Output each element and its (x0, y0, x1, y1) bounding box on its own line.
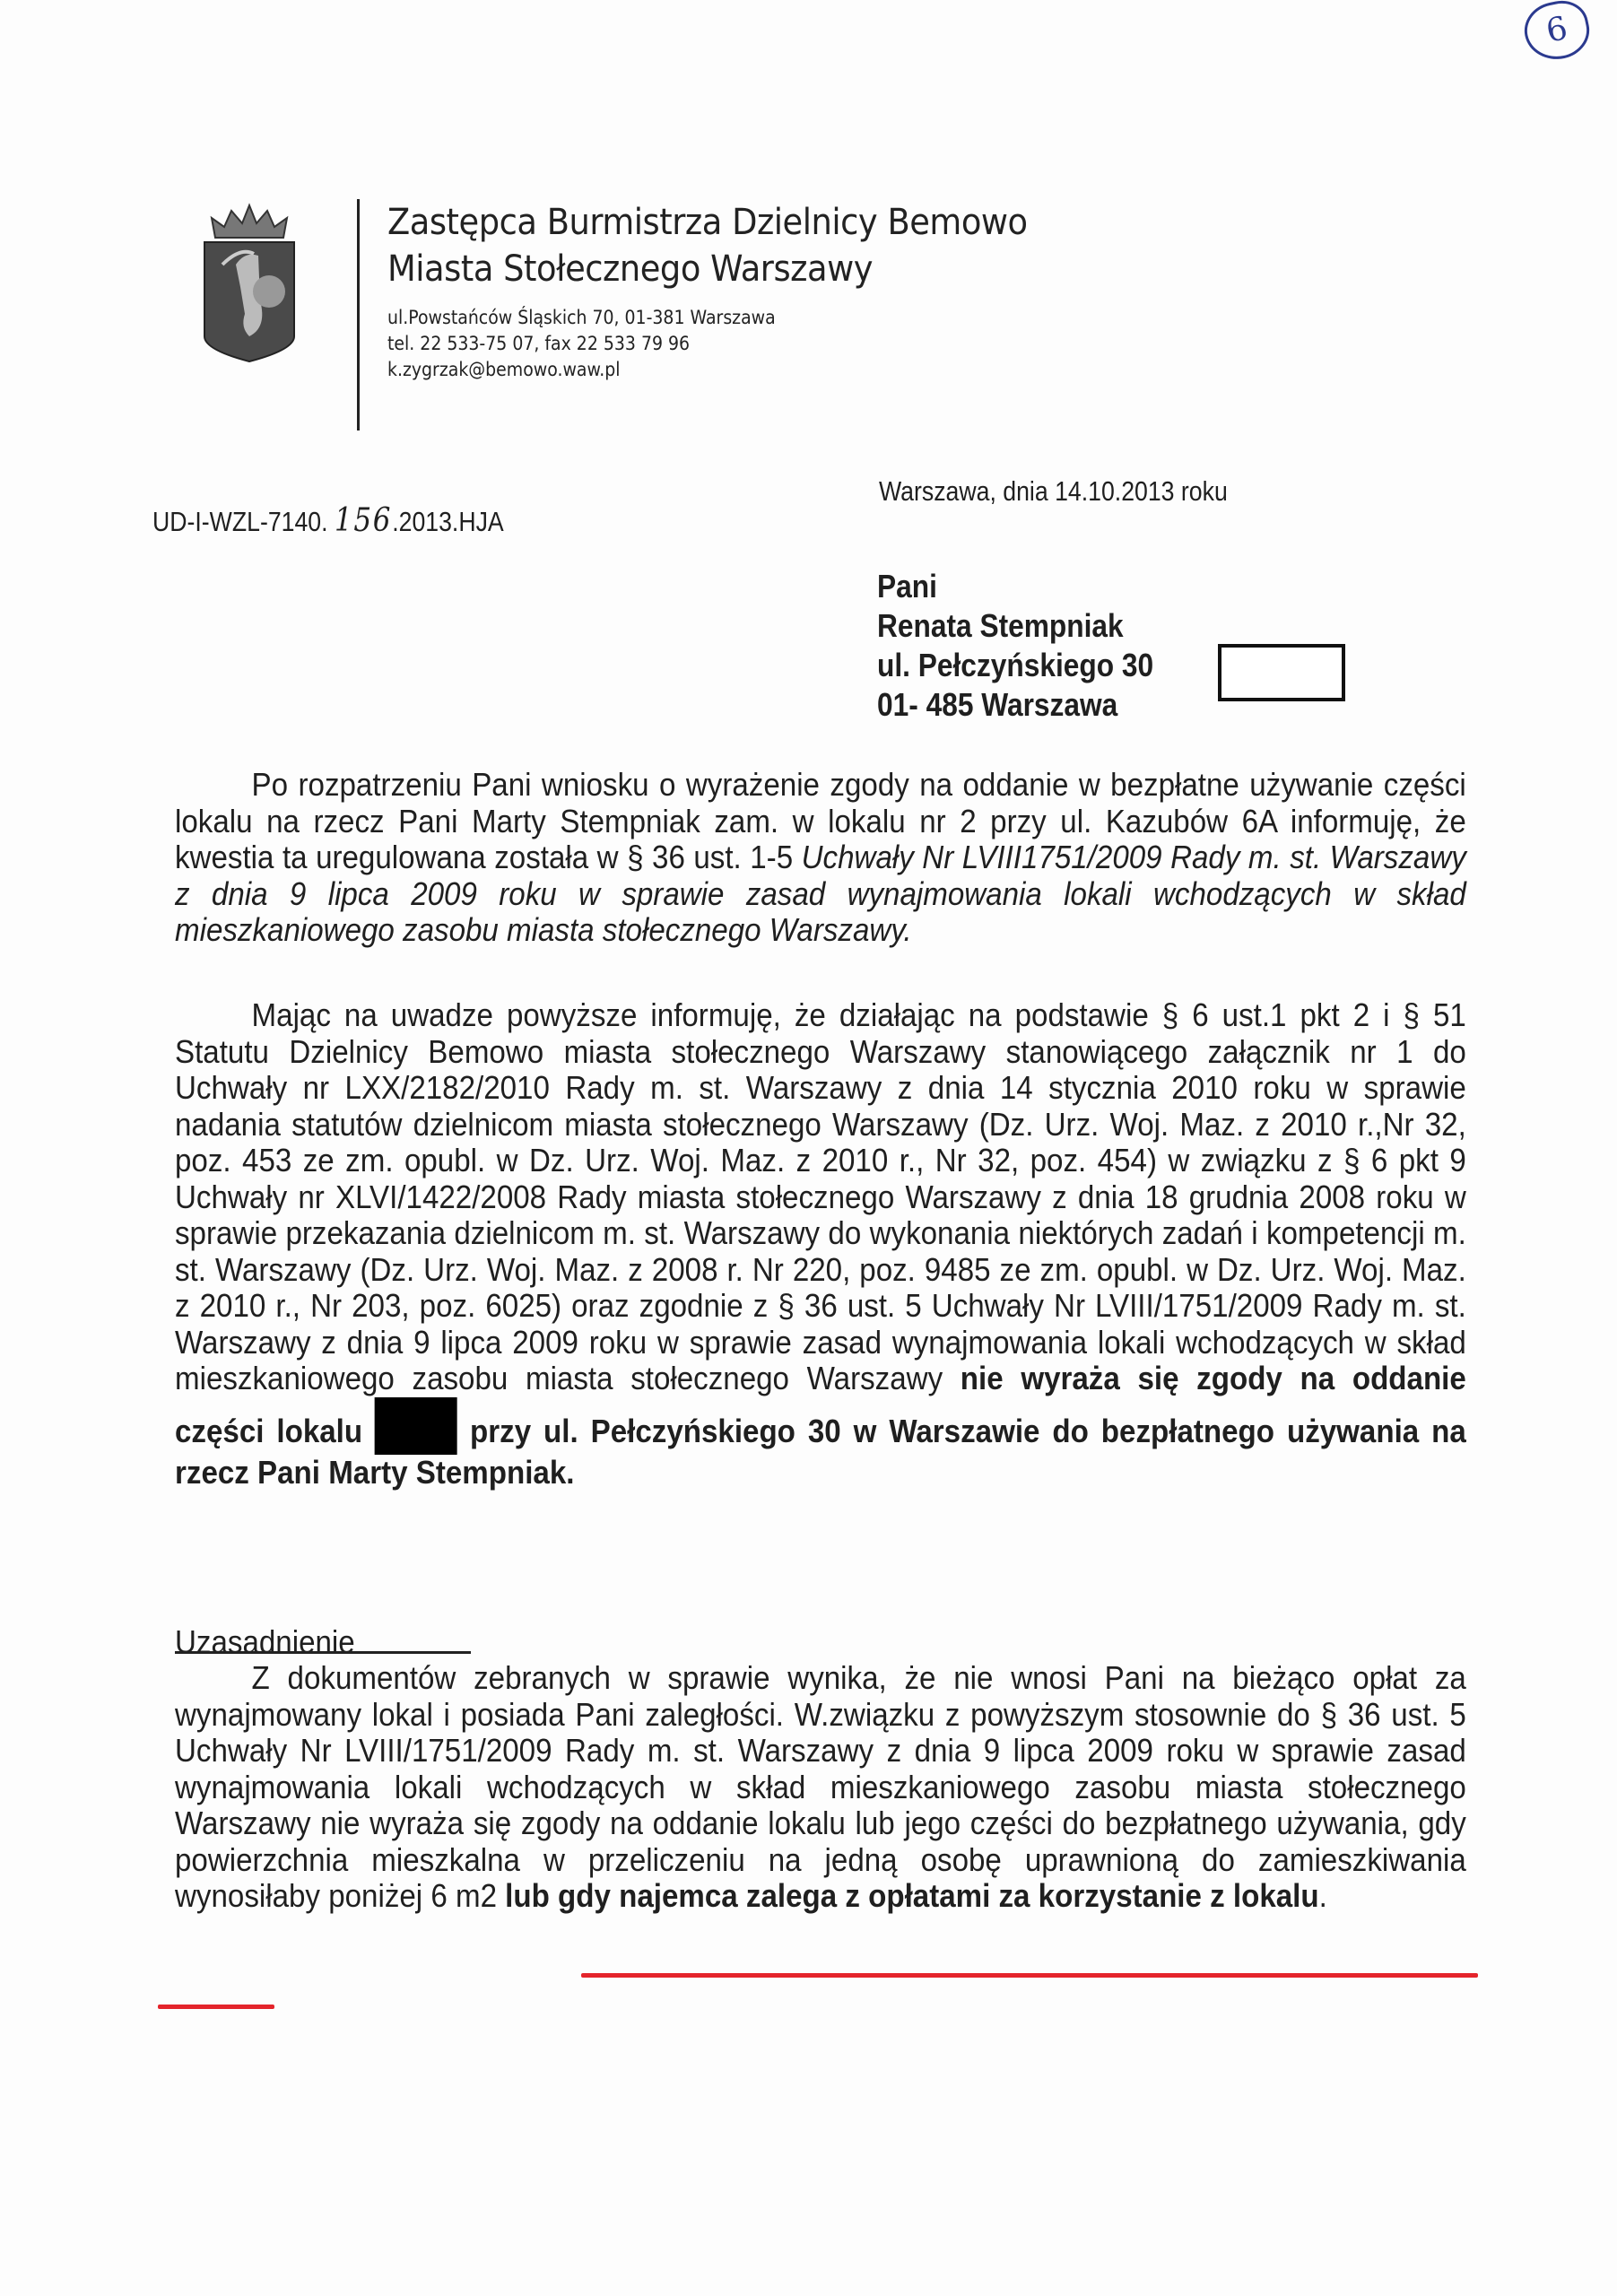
handwritten-page-number: 6 (1519, 0, 1595, 65)
letterhead: Zastępca Burmistrza Dzielnicy Bemowo Mia… (387, 199, 1083, 383)
justification-end: . (1319, 1877, 1327, 1914)
addressee-street: ul. Pełczyńskiego 30 (877, 646, 1153, 685)
addressee-name: Renata Stempniak (877, 606, 1153, 646)
paragraph2-text: Mając na uwadze powyższe informuję, że d… (175, 996, 1466, 1396)
letterhead-divider (357, 199, 360, 430)
red-pen-underline-2 (158, 2005, 274, 2009)
paragraph-decision: Mając na uwadze powyższe informuję, że d… (175, 997, 1466, 1491)
justification-text: Z dokumentów zebranych w sprawie wynika,… (175, 1659, 1466, 1914)
decision-bold-part2: przy ul. Pełczyńskiego 30 w Warszawie do… (175, 1413, 1466, 1491)
letterhead-phone: tel. 22 533-75 07, fax 22 533 79 96 (387, 331, 1013, 357)
letterhead-title: Zastępca Burmistrza Dzielnicy Bemowo (387, 199, 1028, 246)
justification-bold-clause: lub gdy najemca zalega z opłatami za kor… (505, 1877, 1318, 1914)
letterhead-address: ul.Powstańców Śląskich 70, 01-381 Warsza… (387, 305, 1013, 331)
redacted-apartment-number (375, 1397, 457, 1455)
redacted-apartment-box (1218, 644, 1345, 701)
reference-prefix: UD-I-WZL-7140. (152, 506, 328, 537)
addressee-city: 01- 485 Warszawa (877, 685, 1153, 725)
justification-heading: Uzasadnienie (175, 1623, 355, 1661)
letterhead-subtitle: Miasta Stołecznego Warszawy (387, 246, 1028, 292)
warsaw-coat-of-arms-icon (196, 202, 303, 372)
paragraph-request: Po rozpatrzeniu Pani wniosku o wyrażenie… (175, 767, 1466, 949)
addressee-block: Pani Renata Stempniak ul. Pełczyńskiego … (877, 567, 1153, 725)
red-pen-underline-1 (581, 1973, 1478, 1978)
paragraph-justification: Z dokumentów zebranych w sprawie wynika,… (175, 1660, 1466, 1915)
letter-date: Warszawa, dnia 14.10.2013 roku (879, 475, 1228, 508)
addressee-salutation: Pani (877, 567, 1153, 606)
letterhead-email[interactable]: k.zygrzak@bemowo.waw.pl (387, 357, 1013, 383)
reference-suffix: .2013.HJA (392, 506, 503, 537)
handwritten-case-number: 156 (335, 502, 392, 539)
justification-heading-underline (175, 1651, 471, 1654)
case-reference: UD-I-WZL-7140. 156.2013.HJA (152, 502, 504, 539)
